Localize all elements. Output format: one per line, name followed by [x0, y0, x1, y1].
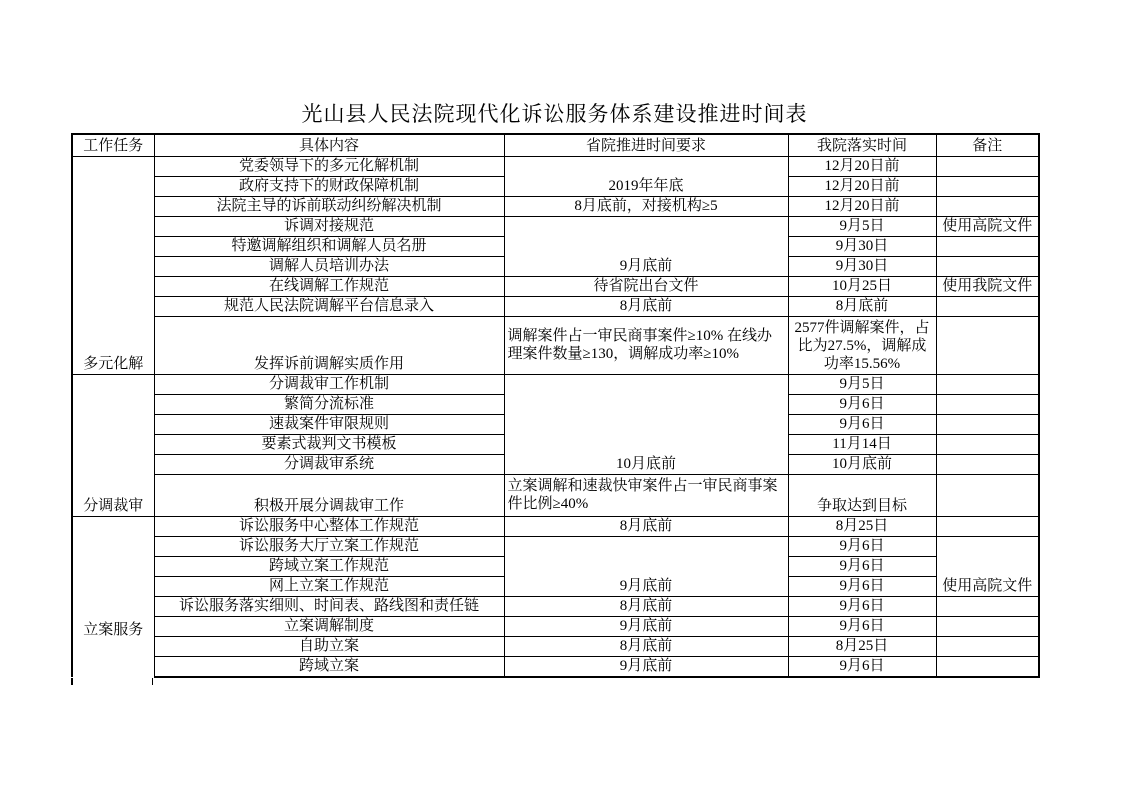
- cell-remark: [936, 596, 1039, 616]
- cell-content: 自助立案: [154, 636, 504, 656]
- table-row: 积极开展分调裁审工作 立案调解和速裁快审案件占一审民商事案件比例≥40% 争取达…: [72, 474, 1039, 516]
- table-row: 立案调解制度 9月底前 9月6日: [72, 616, 1039, 636]
- cell-remark: [936, 414, 1039, 434]
- cell-our-time: 9月6日: [788, 616, 936, 636]
- cell-requirement: 待省院出台文件: [504, 276, 788, 296]
- cell-our-time: 9月6日: [788, 576, 936, 596]
- cell-remark: [936, 434, 1039, 454]
- cell-our-time: 8月底前: [788, 296, 936, 316]
- cell-our-time: 9月6日: [788, 656, 936, 677]
- header-cell-task: 工作任务: [72, 134, 154, 156]
- cell-our-time: 9月6日: [788, 536, 936, 556]
- cell-our-time: 12月20日前: [788, 176, 936, 196]
- cell-our-time: 8月25日: [788, 636, 936, 656]
- cell-content: 诉讼服务落实细则、时间表、路线图和责任链: [154, 596, 504, 616]
- cell-requirement: 8月底前: [504, 636, 788, 656]
- cell-remark: [936, 296, 1039, 316]
- cell-content: 要素式裁判文书模板: [154, 434, 504, 454]
- cell-requirement: 9月底前: [504, 216, 788, 276]
- cell-our-time: 9月6日: [788, 394, 936, 414]
- cell-content: 立案调解制度: [154, 616, 504, 636]
- cell-task-group-3: 立案服务: [72, 516, 154, 677]
- table-row: 规范人民法院调解平台信息录入 8月底前 8月底前: [72, 296, 1039, 316]
- cell-content: 规范人民法院调解平台信息录入: [154, 296, 504, 316]
- page-title: 光山县人民法院现代化诉讼服务体系建设推进时间表: [71, 100, 1038, 130]
- cell-task-group-2: 分调裁审: [72, 374, 154, 516]
- cell-remark: [936, 656, 1039, 677]
- cell-our-time: 11月14日: [788, 434, 936, 454]
- cell-content: 分调裁审工作机制: [154, 374, 504, 394]
- header-cell-content: 具体内容: [154, 134, 504, 156]
- cell-content: 繁简分流标准: [154, 394, 504, 414]
- cell-content: 网上立案工作规范: [154, 576, 504, 596]
- document-page: 光山县人民法院现代化诉讼服务体系建设推进时间表 工作任务 具体内容 省院推进时间…: [0, 0, 1122, 794]
- cell-requirement: 8月底前: [504, 596, 788, 616]
- cell-our-time: 9月5日: [788, 216, 936, 236]
- cell-requirement: 8月底前: [504, 516, 788, 536]
- table-row: 发挥诉前调解实质作用 调解案件占一审民商事案件≥10% 在线办理案件数量≥130…: [72, 316, 1039, 374]
- table-wrapper: 工作任务 具体内容 省院推进时间要求 我院落实时间 备注 多元化解 党委领导下的…: [71, 133, 1038, 685]
- cell-remark: [936, 196, 1039, 216]
- cell-our-time: 9月30日: [788, 256, 936, 276]
- cell-content: 政府支持下的财政保障机制: [154, 176, 504, 196]
- table-row: 自助立案 8月底前 8月25日: [72, 636, 1039, 656]
- cell-requirement: 9月底前: [504, 616, 788, 636]
- cell-remark: 使用高院文件: [936, 216, 1039, 236]
- cell-our-time: 9月5日: [788, 374, 936, 394]
- table-row: 在线调解工作规范 待省院出台文件 10月25日 使用我院文件: [72, 276, 1039, 296]
- cell-our-time: 8月25日: [788, 516, 936, 536]
- cell-our-time: 12月20日前: [788, 156, 936, 176]
- cell-remark: 使用我院文件: [936, 276, 1039, 296]
- cell-remark: [936, 256, 1039, 276]
- cell-our-time: 9月6日: [788, 414, 936, 434]
- cell-content: 在线调解工作规范: [154, 276, 504, 296]
- cell-remark: [936, 636, 1039, 656]
- cell-content: 诉讼服务大厅立案工作规范: [154, 536, 504, 556]
- cell-content: 发挥诉前调解实质作用: [154, 316, 504, 374]
- cell-requirement: 10月底前: [504, 374, 788, 474]
- cell-remark: [936, 156, 1039, 176]
- cell-requirement: 8月底前: [504, 296, 788, 316]
- cell-remark: 使用高院文件: [936, 536, 1039, 596]
- cell-requirement: 9月底前: [504, 536, 788, 596]
- cell-content: 跨域立案工作规范: [154, 556, 504, 576]
- cutoff-column-extension: [71, 678, 153, 685]
- cell-content: 速裁案件审限规则: [154, 414, 504, 434]
- cell-content: 跨域立案: [154, 656, 504, 677]
- cell-remark: [936, 516, 1039, 536]
- cell-content: 积极开展分调裁审工作: [154, 474, 504, 516]
- cell-requirement: 立案调解和速裁快审案件占一审民商事案件比例≥40%: [504, 474, 788, 516]
- cell-content: 法院主导的诉前联动纠纷解决机制: [154, 196, 504, 216]
- cell-requirement: 9月底前: [504, 656, 788, 677]
- timeline-table: 工作任务 具体内容 省院推进时间要求 我院落实时间 备注 多元化解 党委领导下的…: [71, 133, 1040, 678]
- cell-remark: [936, 176, 1039, 196]
- table-row: 跨域立案 9月底前 9月6日: [72, 656, 1039, 677]
- cell-content: 诉调对接规范: [154, 216, 504, 236]
- cell-our-time: 争取达到目标: [788, 474, 936, 516]
- header-cell-remark: 备注: [936, 134, 1039, 156]
- table-row: 分调裁审 分调裁审工作机制 10月底前 9月5日: [72, 374, 1039, 394]
- header-cell-requirement: 省院推进时间要求: [504, 134, 788, 156]
- cell-content: 特邀调解组织和调解人员名册: [154, 236, 504, 256]
- header-cell-our-time: 我院落实时间: [788, 134, 936, 156]
- cell-remark: [936, 474, 1039, 516]
- cell-requirement: 8月底前，对接机构≥5: [504, 196, 788, 216]
- cell-requirement: 调解案件占一审民商事案件≥10% 在线办理案件数量≥130，调解成功率≥10%: [504, 316, 788, 374]
- cell-our-time: 9月6日: [788, 556, 936, 576]
- table-row: 立案服务 诉讼服务中心整体工作规范 8月底前 8月25日: [72, 516, 1039, 536]
- cell-our-time: 2577件调解案件，占比为27.5%，调解成功率15.56%: [788, 316, 936, 374]
- cell-content: 分调裁审系统: [154, 454, 504, 474]
- table-row: 多元化解 党委领导下的多元化解机制 2019年年底 12月20日前: [72, 156, 1039, 176]
- cell-remark: [936, 394, 1039, 414]
- table-row: 诉讼服务大厅立案工作规范 9月底前 9月6日 使用高院文件: [72, 536, 1039, 556]
- cell-our-time: 10月25日: [788, 276, 936, 296]
- cell-content: 诉讼服务中心整体工作规范: [154, 516, 504, 536]
- cell-our-time: 9月30日: [788, 236, 936, 256]
- table-row: 法院主导的诉前联动纠纷解决机制 8月底前，对接机构≥5 12月20日前: [72, 196, 1039, 216]
- cell-requirement: 2019年年底: [504, 156, 788, 196]
- cell-task-group-1: 多元化解: [72, 156, 154, 374]
- cell-our-time: 10月底前: [788, 454, 936, 474]
- cell-remark: [936, 374, 1039, 394]
- cell-our-time: 12月20日前: [788, 196, 936, 216]
- cell-content: 调解人员培训办法: [154, 256, 504, 276]
- cell-our-time: 9月6日: [788, 596, 936, 616]
- header-row: 工作任务 具体内容 省院推进时间要求 我院落实时间 备注: [72, 134, 1039, 156]
- cell-remark: [936, 454, 1039, 474]
- cell-content: 党委领导下的多元化解机制: [154, 156, 504, 176]
- cell-remark: [936, 236, 1039, 256]
- cell-remark: [936, 316, 1039, 374]
- table-row: 诉讼服务落实细则、时间表、路线图和责任链 8月底前 9月6日: [72, 596, 1039, 616]
- table-row: 诉调对接规范 9月底前 9月5日 使用高院文件: [72, 216, 1039, 236]
- cell-remark: [936, 616, 1039, 636]
